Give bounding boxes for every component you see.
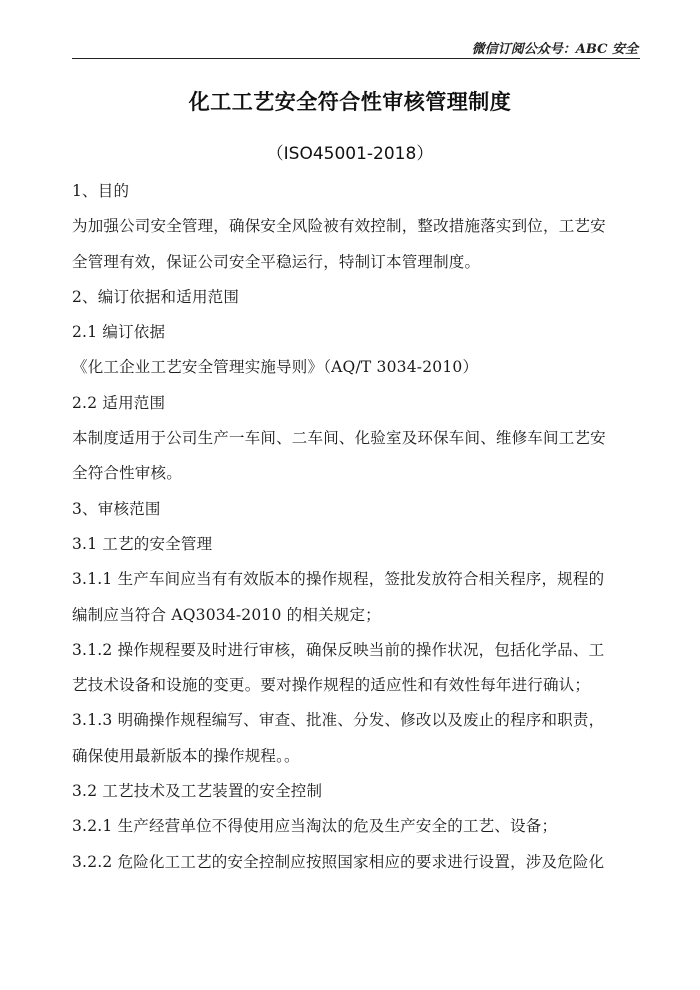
paragraph-line: 本制度适用于公司生产一车间、二车间、化验室及环保车间、维修车间工艺安: [72, 425, 637, 460]
paragraph-line: 编制应当符合 AQ3034-2010 的相关规定；: [72, 602, 637, 637]
paragraph-line: 3.2.1 生产经营单位不得使用应当淘汰的危及生产安全的工艺、设备；: [72, 813, 637, 848]
section-heading-basis-scope: 2、编订依据和适用范围: [72, 284, 637, 319]
subsection-heading-scope: 2.2 适用范围: [72, 390, 637, 425]
subsection-heading-basis: 2.1 编订依据: [72, 319, 637, 354]
section-heading-audit-scope: 3、审核范围: [72, 496, 637, 531]
paragraph-line: 全符合性审核。: [72, 460, 637, 495]
document-body: 1、目的 为加强公司安全管理，确保安全风险被有效控制，整改措施落实到位，工艺安 …: [72, 178, 637, 884]
header-text: 微信订阅公众号：ABC 安全: [472, 38, 638, 57]
paragraph-line: 全管理有效，保证公司安全平稳运行，特制订本管理制度。: [72, 249, 637, 284]
paragraph-line: 3.1.2 操作规程要及时进行审核，确保反映当前的操作状况，包括化学品、工: [72, 637, 637, 672]
paragraph-line: 《化工企业工艺安全管理实施导则》（AQ/T 3034-2010）: [72, 354, 637, 389]
paragraph-line: 3.1.3 明确操作规程编写、审查、批准、分发、修改以及废止的程序和职责，: [72, 707, 637, 742]
paragraph-line: 3.2.2 危险化工工艺的安全控制应按照国家相应的要求进行设置，涉及危险化: [72, 849, 637, 884]
paragraph-line: 确保使用最新版本的操作规程。。: [72, 743, 637, 778]
document-title: 化工工艺安全符合性审核管理制度: [0, 86, 700, 116]
page-header: 微信订阅公众号：ABC 安全: [72, 36, 640, 59]
paragraph-line: 为加强公司安全管理，确保安全风险被有效控制，整改措施落实到位，工艺安: [72, 213, 637, 248]
section-heading-purpose: 1、目的: [72, 178, 637, 213]
subsection-heading-safety-control: 3.2 工艺技术及工艺装置的安全控制: [72, 778, 637, 813]
paragraph-line: 艺技术设备和设施的变更。要对操作规程的适应性和有效性每年进行确认；: [72, 672, 637, 707]
paragraph-line: 3.1.1 生产车间应当有有效版本的操作规程，签批发放符合相关程序，规程的: [72, 566, 637, 601]
document-subtitle: （ISO45001-2018）: [0, 139, 700, 164]
subsection-heading-process-safety: 3.1 工艺的安全管理: [72, 531, 637, 566]
